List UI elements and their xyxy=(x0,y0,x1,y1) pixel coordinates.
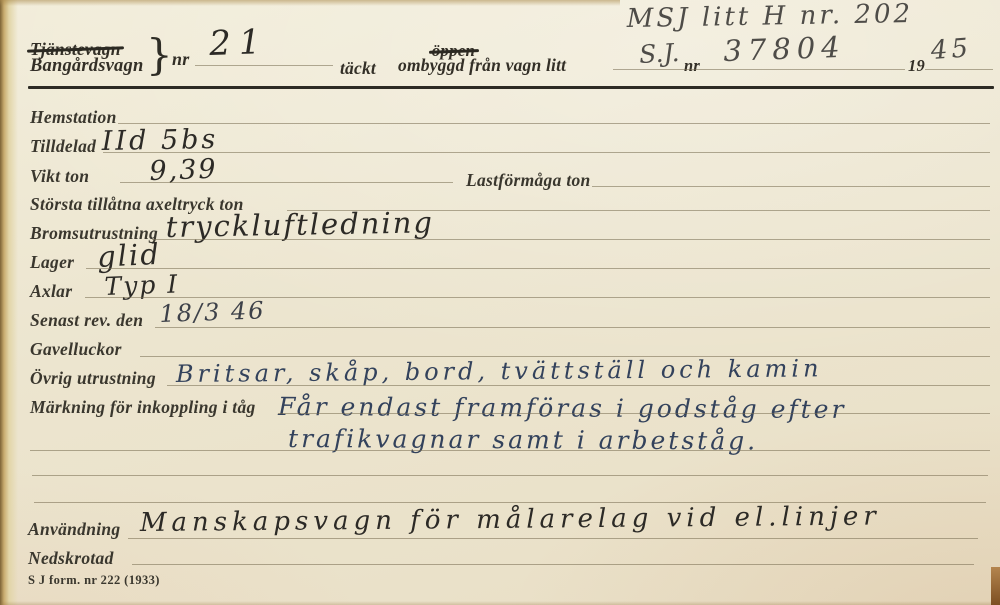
field-axlar-label: Axlar xyxy=(30,281,72,302)
field-anvandning-value: Manskapsvagn för målarelag vid el.linjer xyxy=(140,502,881,538)
ruled-line xyxy=(925,69,993,70)
field-senast-rev-value: 18/3 46 xyxy=(159,296,266,328)
table-surface-corner xyxy=(991,567,1000,605)
ruled-line xyxy=(128,538,978,539)
ruled-line xyxy=(613,69,905,70)
rebuilt-from-label: ombyggd från vagn litt xyxy=(398,55,566,76)
field-anvandning-label: Användning xyxy=(28,519,120,540)
wagon-record-card: MSJ litt H nr. 202 Tjänstevagn Bangårdsv… xyxy=(0,0,1000,605)
field-hemstation-label: Hemstation xyxy=(30,107,117,128)
rebuilt-nr-value: 37804 xyxy=(723,30,846,68)
wagon-type-label: Bangårdsvagn xyxy=(30,56,143,77)
ruled-line xyxy=(30,450,990,451)
ruled-line xyxy=(592,186,990,187)
ruled-line xyxy=(155,327,990,328)
header-divider xyxy=(28,86,994,89)
ruled-line xyxy=(195,65,333,66)
covered-label: täckt xyxy=(340,58,376,79)
field-tilldelad-label: Tilldelad xyxy=(30,136,96,157)
year-value: 45 xyxy=(930,33,973,66)
field-markning-value-line1: Får endast framföras i godståg efter xyxy=(278,392,847,424)
ruled-line xyxy=(278,413,990,414)
paper-edge-bottom xyxy=(0,601,1000,605)
paper-edge-top xyxy=(0,0,620,6)
ruled-line xyxy=(120,182,453,183)
field-vikt-label: Vikt ton xyxy=(30,166,89,187)
ruled-line xyxy=(32,475,988,476)
ruled-line xyxy=(118,123,990,124)
ruled-line xyxy=(132,564,974,565)
field-ovrig-value: Britsar, skåp, bord, tvättställ och kami… xyxy=(176,354,823,388)
year-prefix: 19 xyxy=(908,56,925,76)
ruled-line xyxy=(86,268,990,269)
handwritten-note-top-right: MSJ litt H nr. 202 xyxy=(626,0,913,34)
field-ovrig-label: Övrig utrustning xyxy=(30,368,156,389)
field-gavelluckor-label: Gavelluckor xyxy=(30,339,122,360)
field-markning-label: Märkning för inkoppling i tåg xyxy=(30,397,256,418)
rebuilt-litt-value: S.J. xyxy=(638,38,680,69)
ruled-line xyxy=(103,152,990,153)
form-number: S J form. nr 222 (1933) xyxy=(28,573,160,588)
field-nedskrotad-label: Nedskrotad xyxy=(28,548,114,569)
rebuilt-nr-label: nr xyxy=(684,56,700,76)
ruled-line xyxy=(167,385,990,386)
field-lastformaga-label: Lastförmåga ton xyxy=(466,170,591,191)
field-senast-rev-label: Senast rev. den xyxy=(30,310,143,331)
field-lager-label: Lager xyxy=(30,252,74,273)
wagon-nr-label: nr xyxy=(172,49,189,70)
header-brace: } xyxy=(146,30,173,79)
paper-edge-left xyxy=(0,0,18,605)
ruled-line xyxy=(152,239,990,240)
wagon-nr-value: 21 xyxy=(209,22,270,64)
